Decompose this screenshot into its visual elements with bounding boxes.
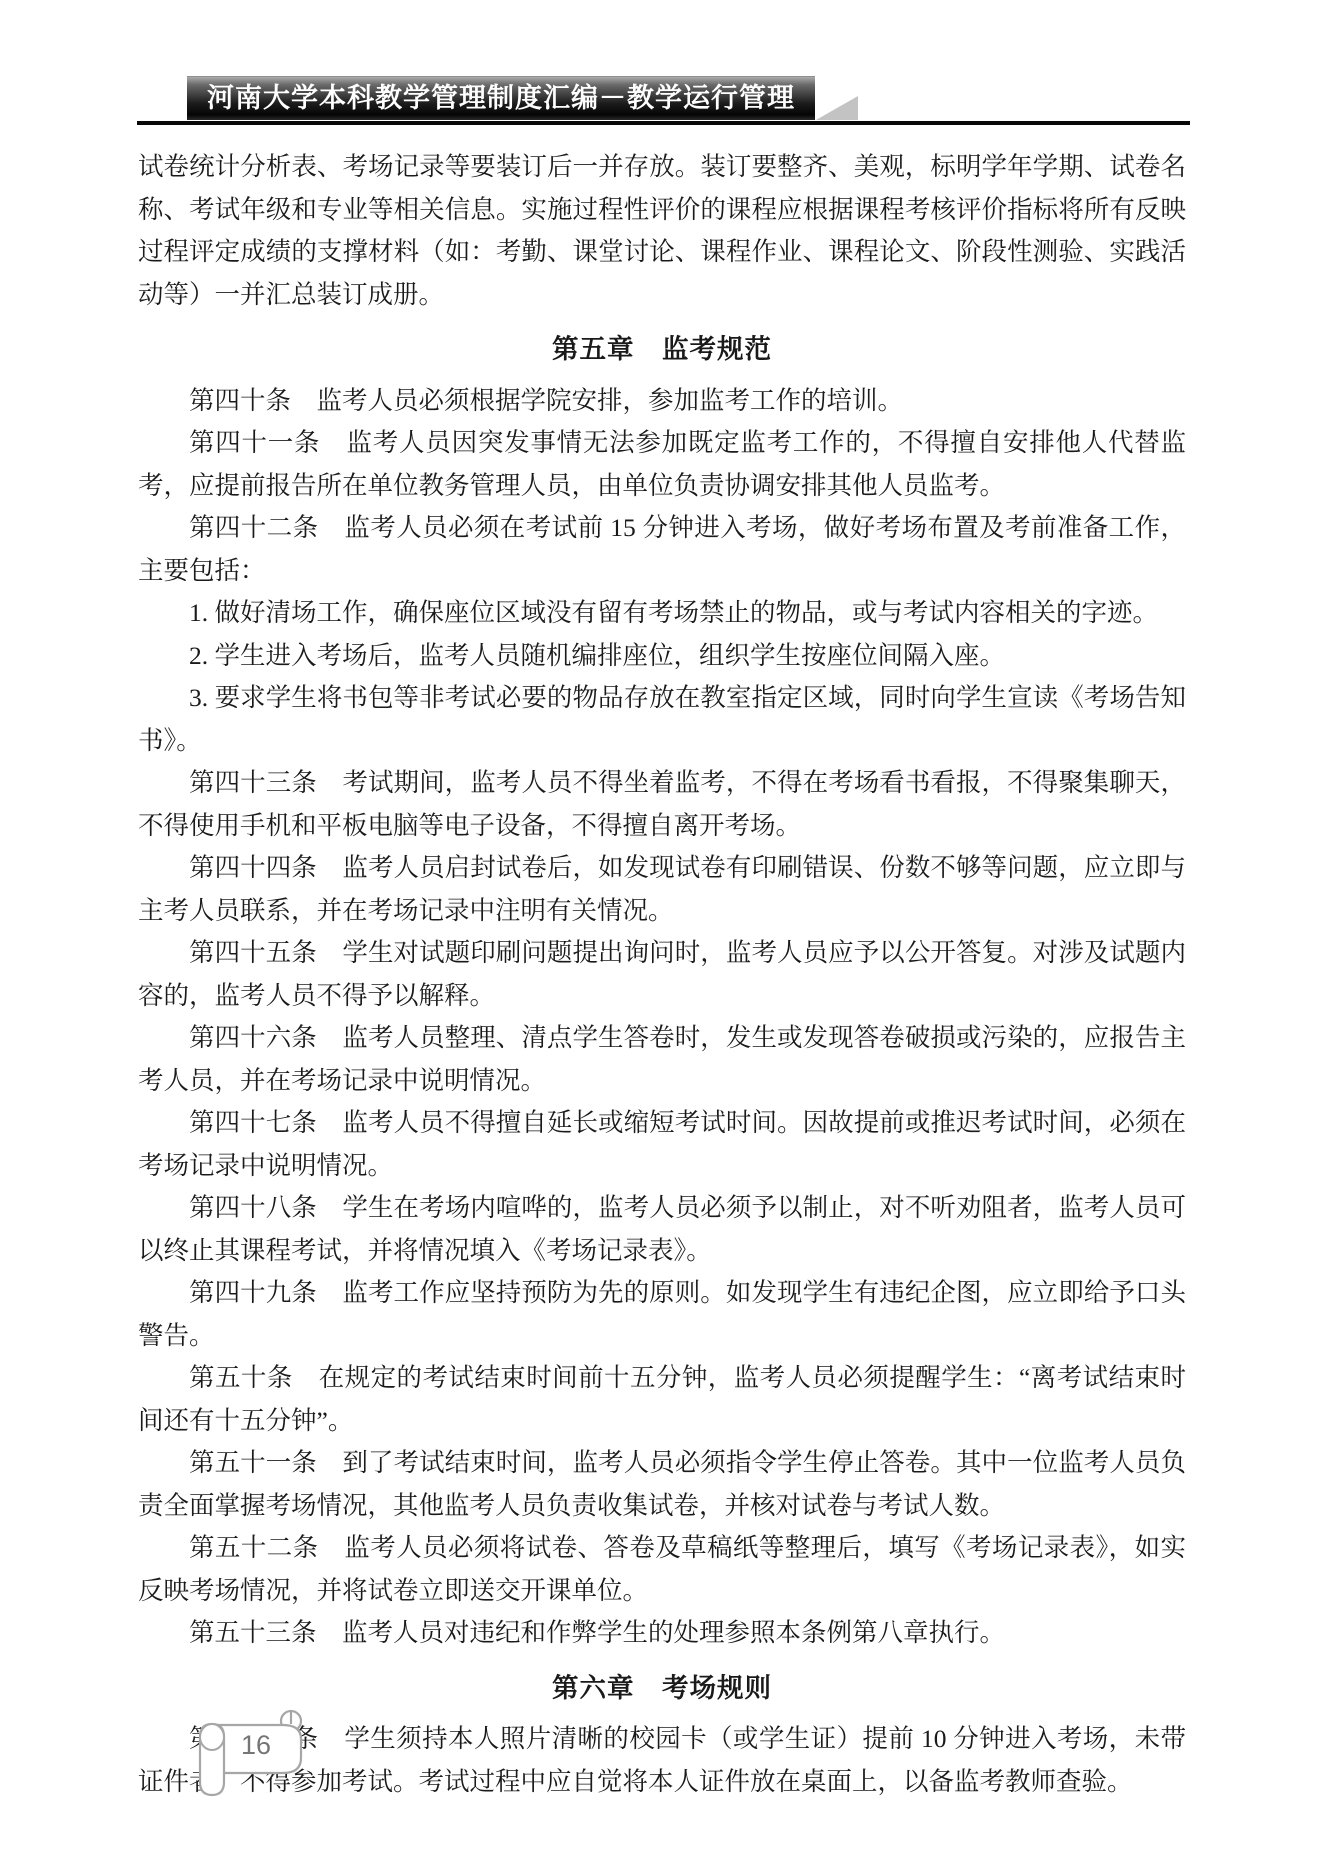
paragraph: 2. 学生进入考场后，监考人员随机编排座位，组织学生按座位间隔入座。 <box>138 635 1186 678</box>
scroll-banner-icon <box>184 1706 316 1818</box>
paragraph: 1. 做好清场工作，确保座位区域没有留有考场禁止的物品，或与考试内容相关的字迹。 <box>138 592 1186 635</box>
paragraph: 试卷统计分析表、考场记录等要装订后一并存放。装订要整齐、美观，标明学年学期、试卷… <box>138 146 1186 316</box>
header-arrow-decoration <box>816 96 858 120</box>
paragraph: 第四十五条 学生对试题印刷问题提出询问时，监考人员应予以公开答复。对涉及试题内容… <box>138 932 1186 1017</box>
paragraph: 第四十六条 监考人员整理、清点学生答卷时，发生或发现答卷破损或污染的，应报告主考… <box>138 1017 1186 1102</box>
paragraph: 第五十二条 监考人员必须将试卷、答卷及草稿纸等整理后，填写《考场记录表》，如实反… <box>138 1527 1186 1612</box>
paragraph: 第四十条 监考人员必须根据学院安排，参加监考工作的培训。 <box>138 380 1186 423</box>
header-rule-line <box>137 121 1190 125</box>
paragraph: 第五十三条 监考人员对违纪和作弊学生的处理参照本条例第八章执行。 <box>138 1612 1186 1655</box>
chapter-heading: 第五章 监考规范 <box>138 328 1186 371</box>
chapter-heading: 第六章 考场规则 <box>138 1667 1186 1710</box>
page-number: 16 <box>220 1730 292 1761</box>
paragraph: 第四十四条 监考人员启封试卷后，如发现试卷有印刷错误、份数不够等问题，应立即与主… <box>138 847 1186 932</box>
header-banner-title: 河南大学本科教学管理制度汇编－教学运行管理 <box>187 76 815 120</box>
paragraph: 第五十条 在规定的考试结束时间前十五分钟，监考人员必须提醒学生：“离考试结束时间… <box>138 1357 1186 1442</box>
paragraph: 第四十八条 学生在考场内喧哗的，监考人员必须予以制止，对不听劝阻者，监考人员可以… <box>138 1187 1186 1272</box>
paragraph: 第四十七条 监考人员不得擅自延长或缩短考试时间。因故提前或推迟考试时间，必须在考… <box>138 1102 1186 1187</box>
document-page: 河南大学本科教学管理制度汇编－教学运行管理 试卷统计分析表、考场记录等要装订后一… <box>0 0 1323 1871</box>
paragraph: 3. 要求学生将书包等非考试必要的物品存放在教室指定区域，同时向学生宣读《考场告… <box>138 677 1186 762</box>
document-body: 试卷统计分析表、考场记录等要装订后一并存放。装订要整齐、美观，标明学年学期、试卷… <box>138 146 1186 1803</box>
paragraph: 第五十一条 到了考试结束时间，监考人员必须指令学生停止答卷。其中一位监考人员负责… <box>138 1442 1186 1527</box>
paragraph: 第四十三条 考试期间，监考人员不得坐着监考，不得在考场看书看报，不得聚集聊天，不… <box>138 762 1186 847</box>
page-number-scroll: 16 <box>184 1706 316 1818</box>
paragraph: 第四十一条 监考人员因突发事情无法参加既定监考工作的，不得擅自安排他人代替监考，… <box>138 422 1186 507</box>
paragraph: 第四十二条 监考人员必须在考试前 15 分钟进入考场，做好考场布置及考前准备工作… <box>138 507 1186 592</box>
paragraph: 第四十九条 监考工作应坚持预防为先的原则。如发现学生有违纪企图，应立即给予口头警… <box>138 1272 1186 1357</box>
